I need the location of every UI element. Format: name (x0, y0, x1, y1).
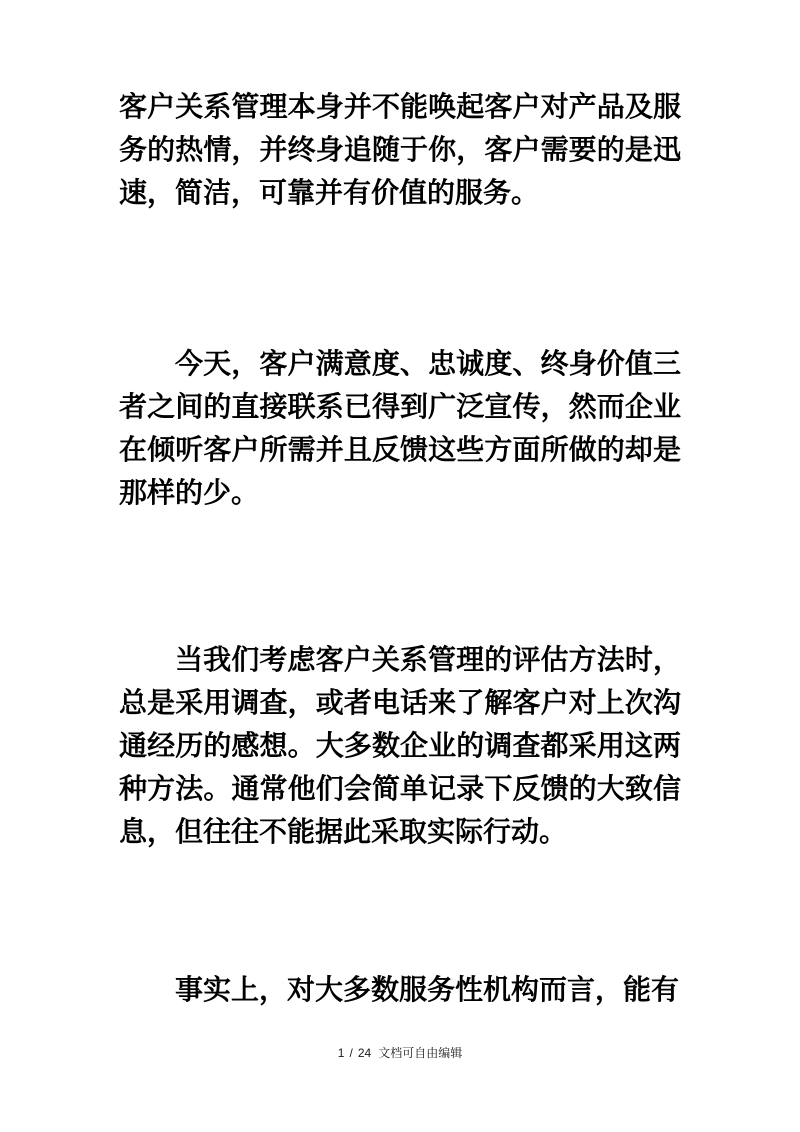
footer-note: 文档可自由编辑 (378, 1046, 462, 1060)
page-count: 24 (358, 1046, 371, 1060)
paragraph-4: 事实上，对大多数服务性机构而言，能有 (119, 969, 681, 1012)
paragraph-2: 今天，客户满意度、忠诚度、终身价值三者之间的直接联系已得到广泛宣传，然而企业在倾… (119, 343, 681, 515)
paragraph-1: 客户关系管理本身并不能唤起客户对产品及服务的热情，并终身追随于你，客户需要的是迅… (119, 86, 681, 215)
document-page: 客户关系管理本身并不能唤起客户对产品及服务的热情，并终身追随于你，客户需要的是迅… (0, 0, 800, 1132)
page-footer: 1/24文档可自由编辑 (0, 1045, 800, 1061)
paragraph-3: 当我们考虑客户关系管理的评估方法时，总是采用调查，或者电话来了解客户对上次沟通经… (119, 639, 681, 854)
page-number-separator: / (349, 1046, 352, 1060)
page-number: 1 (338, 1046, 345, 1060)
